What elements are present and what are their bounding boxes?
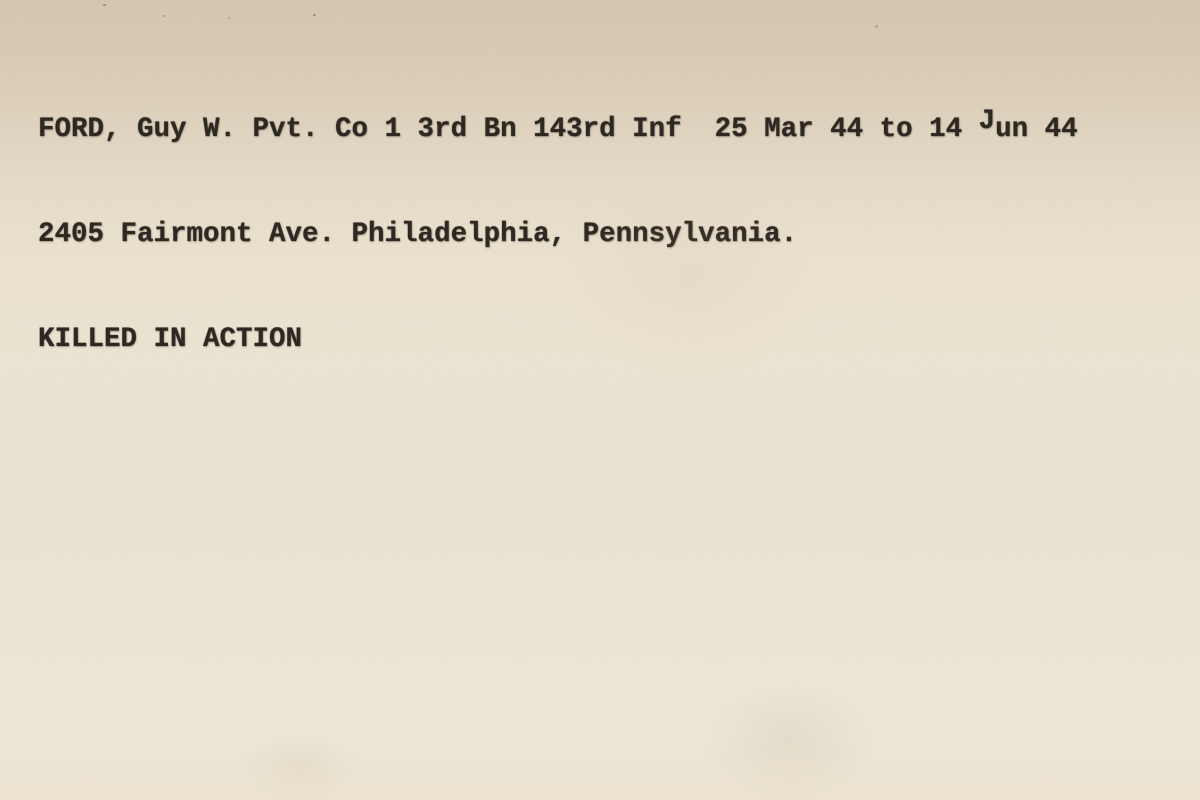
paper-speck	[163, 15, 165, 17]
service-record-line: FORD, Guy W. Pvt. Co 1 3rd Bn 143rd Inf …	[38, 112, 1078, 147]
address-line: 2405 Fairmont Ave. Philadelphia, Pennsyl…	[38, 217, 1078, 252]
service-record-text: FORD, Guy W. Pvt. Co 1 3rd Bn 143rd Inf …	[38, 114, 979, 145]
paper-smudge	[240, 730, 360, 800]
paper-speck	[313, 14, 316, 16]
paper-speck	[875, 25, 878, 28]
typed-text-block: FORD, Guy W. Pvt. Co 1 3rd Bn 143rd Inf …	[38, 42, 1078, 427]
paper-speck	[103, 4, 106, 6]
status-line: KILLED IN ACTION	[38, 322, 1078, 357]
service-record-dates-tail: un 44	[995, 114, 1078, 145]
raised-typed-letter: J	[979, 104, 996, 139]
paper-smudge	[700, 680, 880, 800]
record-card: FORD, Guy W. Pvt. Co 1 3rd Bn 143rd Inf …	[0, 0, 1200, 800]
paper-speck	[228, 17, 230, 19]
